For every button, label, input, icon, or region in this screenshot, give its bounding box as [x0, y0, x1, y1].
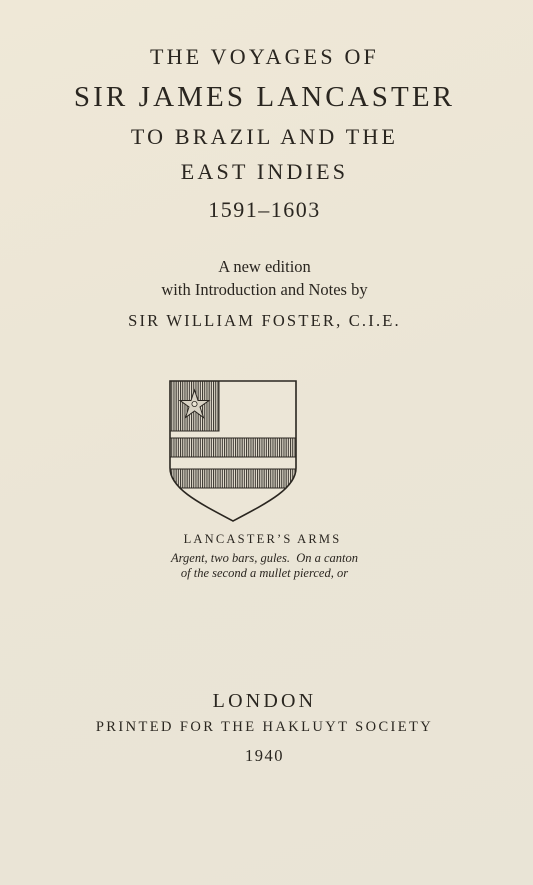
- title-line-4: EAST INDIES: [0, 159, 531, 185]
- imprint-year: 1940: [0, 746, 531, 766]
- title-line-2-author: SIR JAMES LANCASTER: [0, 81, 531, 114]
- arms-caption-title: LANCASTER’S ARMS: [0, 532, 529, 547]
- title-line-1: THE VOYAGES OF: [0, 44, 531, 70]
- arms-blazon-line-2: of the second a mullet pierced, or: [0, 566, 531, 581]
- edition-line-2: with Introduction and Notes by: [0, 280, 531, 300]
- heraldic-shield-icon: [169, 380, 297, 522]
- imprint-publisher: PRINTED FOR THE HAKLUYT SOCIETY: [0, 719, 531, 736]
- title-line-3: TO BRAZIL AND THE: [0, 124, 531, 150]
- editor-name: SIR WILLIAM FOSTER, C.I.E.: [0, 311, 531, 331]
- arms-blazon-line-1: Argent, two bars, gules. On a canton: [0, 551, 531, 566]
- imprint-place: LONDON: [0, 690, 531, 713]
- title-page: THE VOYAGES OF SIR JAMES LANCASTER TO BR…: [0, 0, 533, 885]
- title-dates: 1591–1603: [0, 197, 531, 223]
- edition-line-1: A new edition: [0, 257, 531, 277]
